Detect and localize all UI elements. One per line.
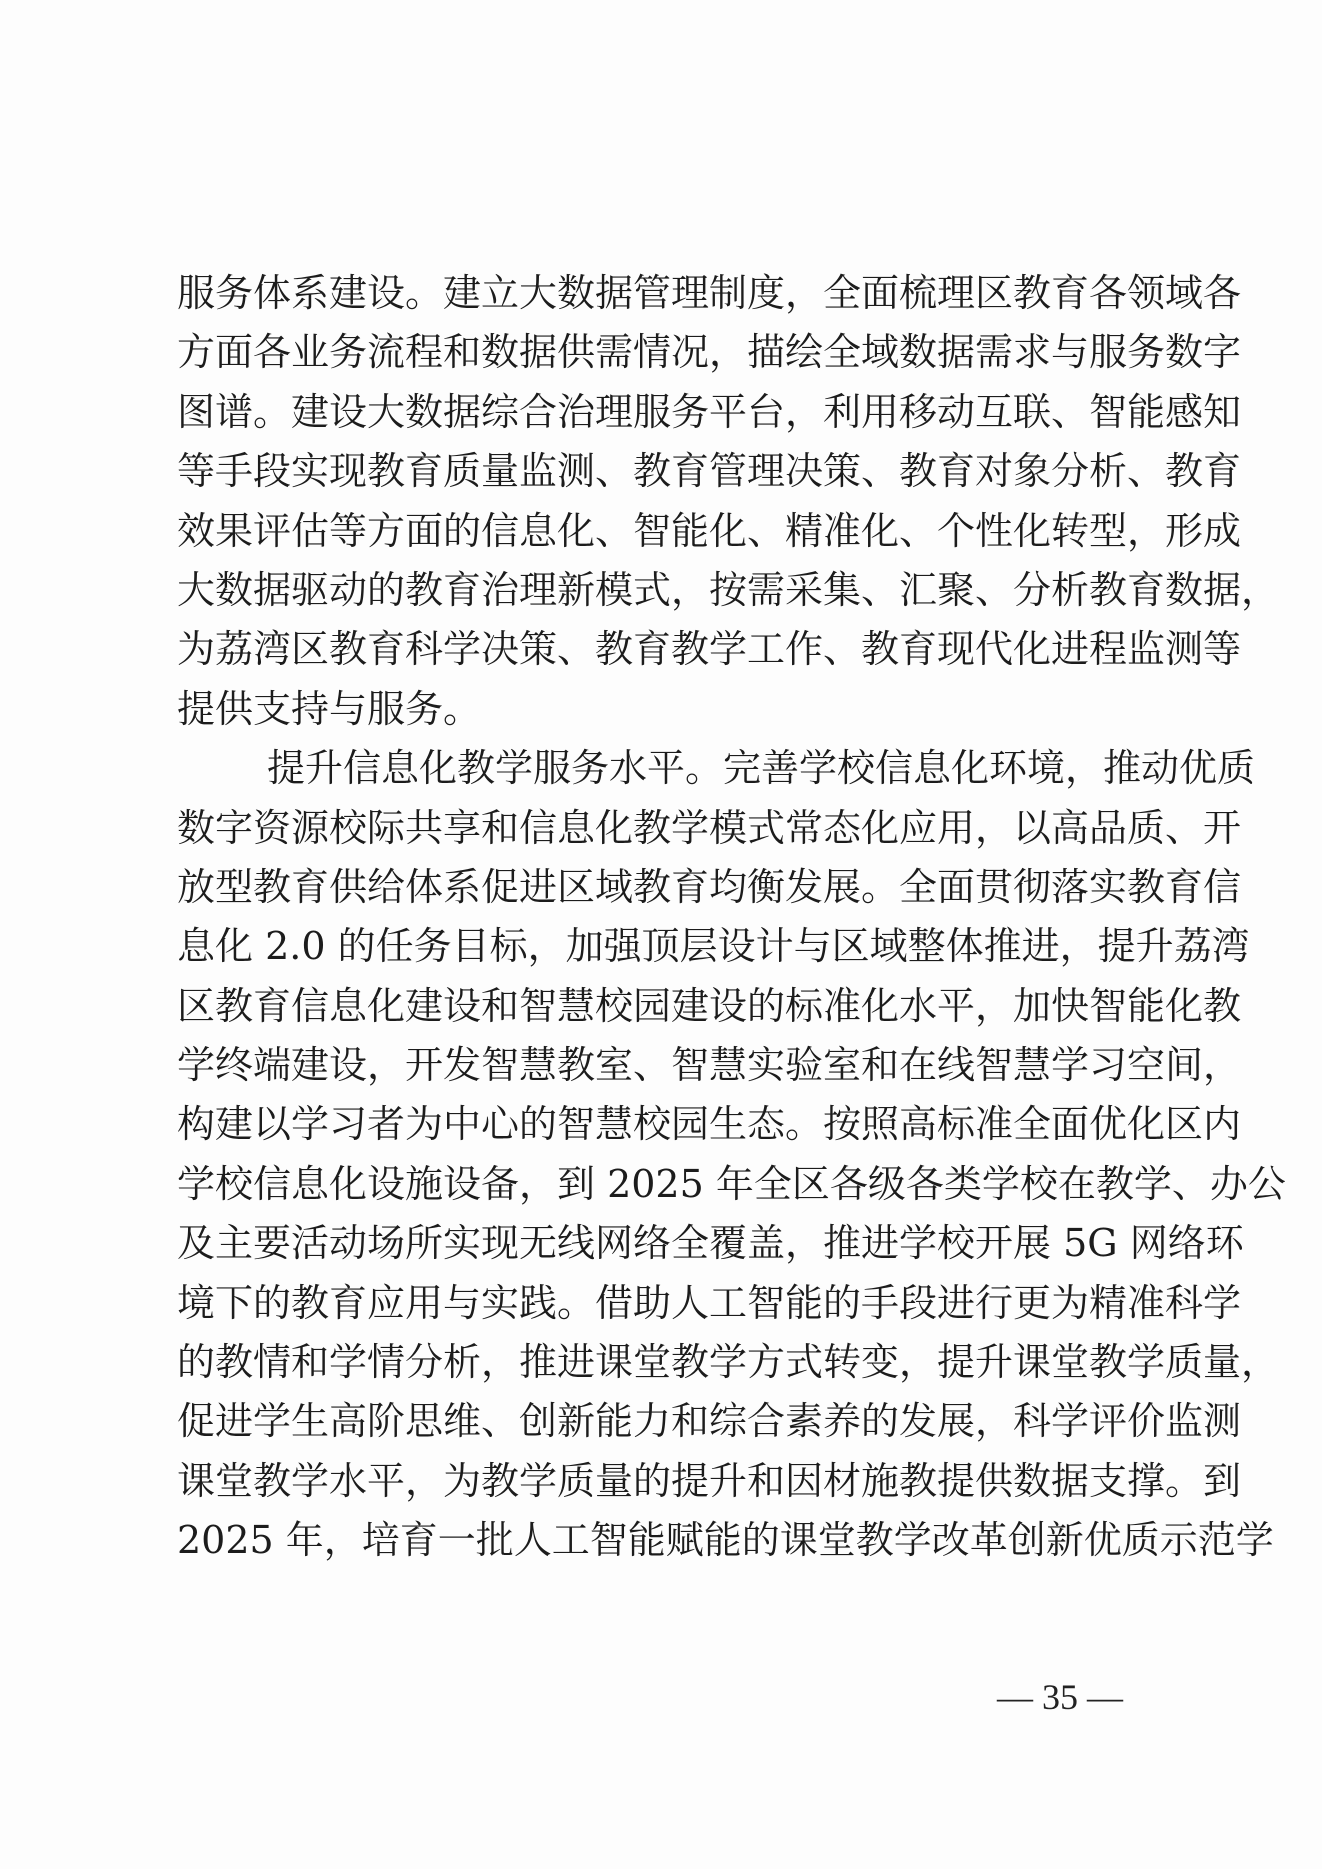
text-line: 学终端建设，开发智慧教室、智慧实验室和在线智慧学习空间，	[177, 1036, 1162, 1095]
text-line: 构建以学习者为中心的智慧校园生态。按照高标准全面优化区内	[177, 1095, 1162, 1154]
text-line: 2025 年，培育一批人工智能赋能的课堂教学改革创新优质示范学	[177, 1511, 1162, 1570]
text-line: 提升信息化教学服务水平。完善学校信息化环境，推动优质	[177, 739, 1162, 798]
page-number: — 35 —	[990, 1676, 1130, 1718]
text-line: 大数据驱动的教育治理新模式，按需采集、汇聚、分析教育数据，	[177, 561, 1162, 620]
paragraph-2: 提升信息化教学服务水平。完善学校信息化环境，推动优质 数字资源校际共享和信息化教…	[177, 739, 1167, 1570]
text-line: 效果评估等方面的信息化、智能化、精准化、个性化转型，形成	[177, 502, 1162, 561]
body-text: 服务体系建设。建立大数据管理制度，全面梳理区教育各领域各 方面各业务流程和数据供…	[177, 264, 1167, 1571]
document-page: 服务体系建设。建立大数据管理制度，全面梳理区教育各领域各 方面各业务流程和数据供…	[0, 0, 1322, 1869]
text-line: 学校信息化设施设备，到 2025 年全区各级各类学校在教学、办公	[177, 1155, 1162, 1214]
text-line: 及主要活动场所实现无线网络全覆盖，推进学校开展 5G 网络环	[177, 1214, 1162, 1273]
text-line: 放型教育供给体系促进区域教育均衡发展。全面贯彻落实教育信	[177, 858, 1162, 917]
text-line: 方面各业务流程和数据供需情况，描绘全域数据需求与服务数字	[177, 323, 1162, 382]
text-line: 图谱。建设大数据综合治理服务平台，利用移动互联、智能感知	[177, 383, 1162, 442]
text-line: 等手段实现教育质量监测、教育管理决策、教育对象分析、教育	[177, 442, 1162, 501]
text-line: 课堂教学水平，为教学质量的提升和因材施教提供数据支撑。到	[177, 1452, 1162, 1511]
text-line: 的教情和学情分析，推进课堂教学方式转变，提升课堂教学质量，	[177, 1333, 1162, 1392]
text-line: 促进学生高阶思维、创新能力和综合素养的发展，科学评价监测	[177, 1392, 1162, 1451]
text-line: 服务体系建设。建立大数据管理制度，全面梳理区教育各领域各	[177, 264, 1162, 323]
text-line: 为荔湾区教育科学决策、教育教学工作、教育现代化进程监测等	[177, 620, 1162, 679]
text-line: 数字资源校际共享和信息化教学模式常态化应用，以高品质、开	[177, 799, 1162, 858]
text-line: 提供支持与服务。	[177, 680, 1162, 739]
text-line: 息化 2.0 的任务目标，加强顶层设计与区域整体推进，提升荔湾	[177, 917, 1162, 976]
paragraph-1: 服务体系建设。建立大数据管理制度，全面梳理区教育各领域各 方面各业务流程和数据供…	[177, 264, 1167, 739]
text-line: 境下的教育应用与实践。借助人工智能的手段进行更为精准科学	[177, 1274, 1162, 1333]
text-line: 区教育信息化建设和智慧校园建设的标准化水平，加快智能化教	[177, 977, 1162, 1036]
